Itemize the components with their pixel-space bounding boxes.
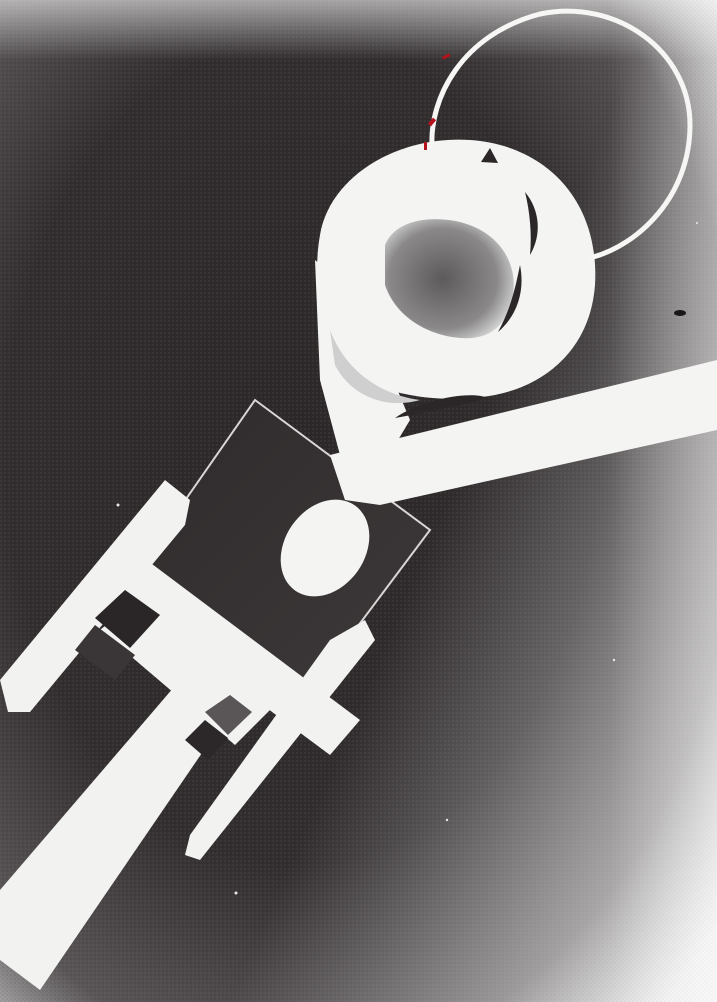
dark-speck <box>674 310 686 316</box>
photogram-image: Abstract photogram of white silhouettes … <box>0 0 717 1002</box>
photogram-artwork <box>0 0 717 1002</box>
